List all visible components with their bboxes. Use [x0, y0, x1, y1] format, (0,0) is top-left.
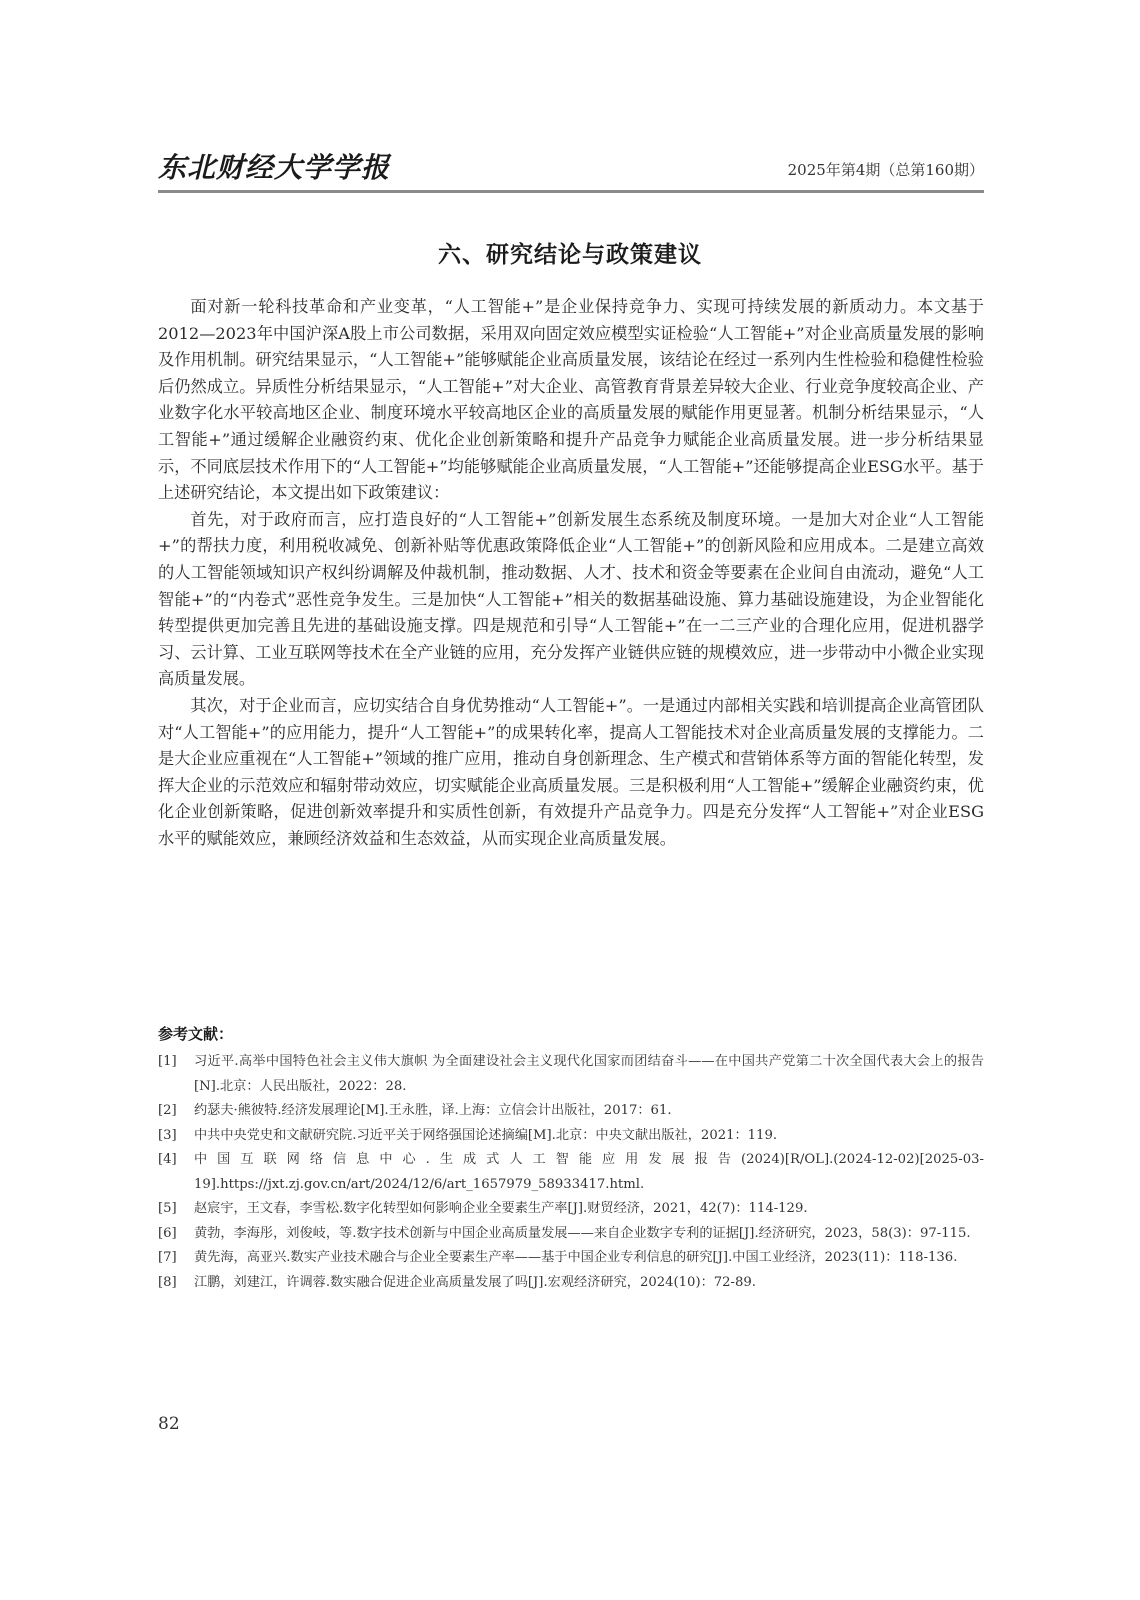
- issue-info: 2025年第4期（总第160期）: [788, 160, 984, 180]
- reference-number: [4]: [158, 1148, 194, 1197]
- reference-text: 习近平.高举中国特色社会主义伟大旗帜 为全面建设社会主义现代化国家而团结奋斗——…: [194, 1050, 984, 1099]
- reference-text: 中国互联网络信息中心.生成式人工智能应用发展报告(2024)[R/OL].(20…: [194, 1148, 984, 1197]
- running-header: 东北财经大学学报 2025年第4期（总第160期）: [158, 150, 984, 190]
- reference-item: [8] 江鹏，刘建江，许调蓉.数实融合促进企业高质量发展了吗[J].宏观经济研究…: [158, 1271, 984, 1296]
- reference-number: [3]: [158, 1124, 194, 1149]
- reference-text: 中共中央党史和文献研究院.习近平关于网络强国论述摘编[M].北京：中央文献出版社…: [194, 1124, 984, 1149]
- reference-item: [6] 黄勃，李海彤，刘俊岐，等.数字技术创新与中国企业高质量发展——来自企业数…: [158, 1222, 984, 1247]
- reference-item: [2] 约瑟夫·熊彼特.经济发展理论[M].王永胜，译.上海：立信会计出版社，2…: [158, 1099, 984, 1124]
- reference-item: [7] 黄先海，高亚兴.数实产业技术融合与企业全要素生产率——基于中国企业专利信…: [158, 1246, 984, 1271]
- reference-number: [2]: [158, 1099, 194, 1124]
- reference-text: 江鹏，刘建江，许调蓉.数实融合促进企业高质量发展了吗[J].宏观经济研究，202…: [194, 1271, 984, 1296]
- paragraph-conclusion: 面对新一轮科技革命和产业变革，“人工智能+”是企业保持竞争力、实现可持续发展的新…: [158, 294, 984, 507]
- reference-number: [5]: [158, 1197, 194, 1222]
- reference-number: [7]: [158, 1246, 194, 1271]
- page-number: 82: [158, 1414, 180, 1434]
- reference-number: [8]: [158, 1271, 194, 1296]
- paragraph-enterprise-policy: 其次，对于企业而言，应切实结合自身优势推动“人工智能+”。一是通过内部相关实践和…: [158, 693, 984, 853]
- reference-item: [3] 中共中央党史和文献研究院.习近平关于网络强国论述摘编[M].北京：中央文…: [158, 1124, 984, 1149]
- references-list: [1] 习近平.高举中国特色社会主义伟大旗帜 为全面建设社会主义现代化国家而团结…: [158, 1050, 984, 1295]
- reference-text: 黄勃，李海彤，刘俊岐，等.数字技术创新与中国企业高质量发展——来自企业数字专利的…: [194, 1222, 984, 1247]
- header-rule: [158, 190, 984, 193]
- reference-number: [6]: [158, 1222, 194, 1247]
- reference-text: 赵宸宇，王文春，李雪松.数字化转型如何影响企业全要素生产率[J].财贸经济，20…: [194, 1197, 984, 1222]
- reference-item: [5] 赵宸宇，王文春，李雪松.数字化转型如何影响企业全要素生产率[J].财贸经…: [158, 1197, 984, 1222]
- section-title: 六、研究结论与政策建议: [0, 236, 1140, 269]
- journal-name: 东北财经大学学报: [158, 150, 390, 186]
- reference-item: [4] 中国互联网络信息中心.生成式人工智能应用发展报告(2024)[R/OL]…: [158, 1148, 984, 1197]
- body-text: 面对新一轮科技革命和产业变革，“人工智能+”是企业保持竞争力、实现可持续发展的新…: [158, 294, 984, 852]
- reference-number: [1]: [158, 1050, 194, 1099]
- reference-text: 黄先海，高亚兴.数实产业技术融合与企业全要素生产率——基于中国企业专利信息的研究…: [194, 1246, 984, 1271]
- paragraph-government-policy: 首先，对于政府而言，应打造良好的“人工智能+”创新发展生态系统及制度环境。一是加…: [158, 507, 984, 693]
- references-title: 参考文献：: [158, 1023, 233, 1044]
- reference-text: 约瑟夫·熊彼特.经济发展理论[M].王永胜，译.上海：立信会计出版社，2017：…: [194, 1099, 984, 1124]
- reference-item: [1] 习近平.高举中国特色社会主义伟大旗帜 为全面建设社会主义现代化国家而团结…: [158, 1050, 984, 1099]
